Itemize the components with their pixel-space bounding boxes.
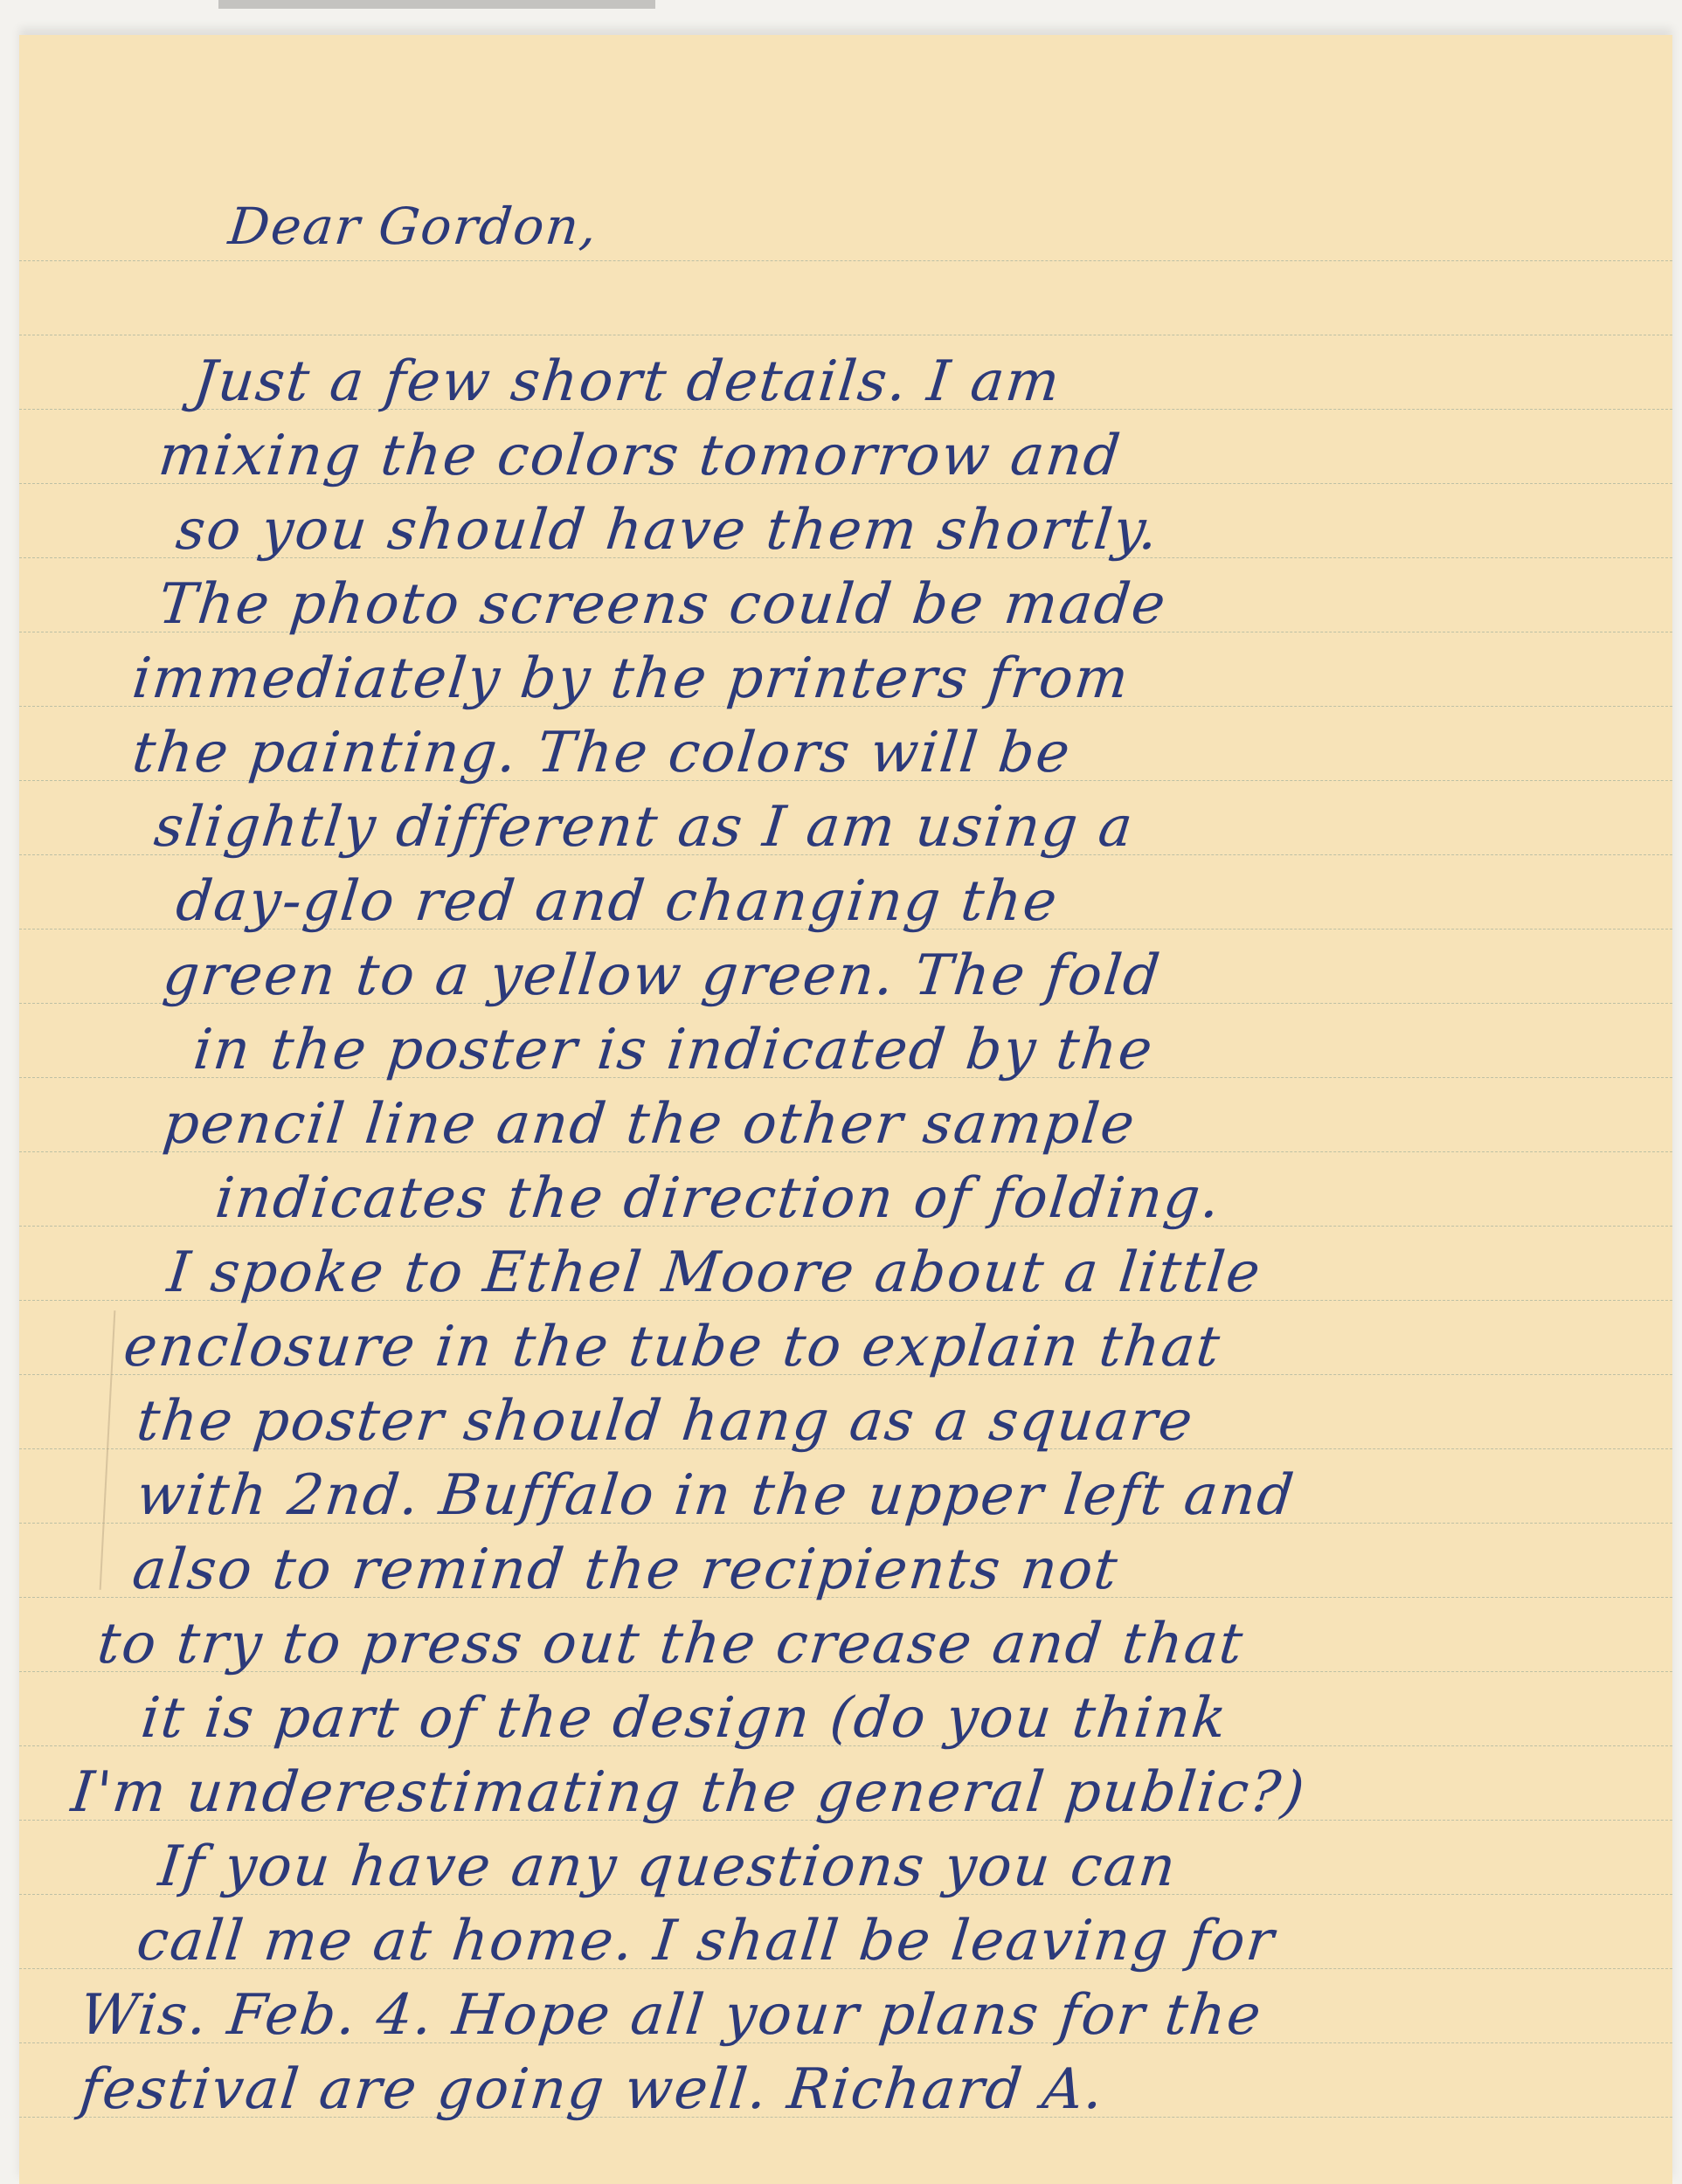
letter-line: with 2nd. Buffalo in the upper left and bbox=[134, 1463, 1298, 1528]
pencil-margin-mark bbox=[100, 1310, 116, 1590]
letter-line: pencil line and the other sample bbox=[160, 1092, 1139, 1157]
letter-line: mixing the colors tomorrow and bbox=[156, 424, 1125, 488]
letter-line: call me at home. I shall be leaving for bbox=[134, 1909, 1278, 1973]
letter-line-signature: festival are going well. Richard A. bbox=[77, 2057, 1108, 2122]
letter-line: the poster should hang as a square bbox=[134, 1389, 1197, 1454]
letter-line: in the poster is indicated by the bbox=[190, 1018, 1157, 1082]
letter-line: it is part of the design (do you think bbox=[138, 1686, 1231, 1751]
letter-line: so you should have them shortly. bbox=[173, 498, 1162, 563]
letter-line: to try to press out the crease and that bbox=[94, 1612, 1247, 1676]
letter-line: immediately by the printers from bbox=[129, 646, 1132, 711]
rule-line bbox=[19, 260, 1672, 261]
letter-sheet: Dear Gordon, Just a few short details. I… bbox=[19, 35, 1672, 2184]
letter-line: green to a yellow green. The fold bbox=[160, 943, 1164, 1008]
letter-line: the painting. The colors will be bbox=[129, 721, 1074, 785]
letter-line: day-glo red and changing the bbox=[173, 869, 1062, 934]
rule-line bbox=[19, 335, 1672, 335]
letter-line: also to remind the recipients not bbox=[129, 1538, 1122, 1602]
scan-edge-strip bbox=[218, 0, 655, 9]
letter-line: I spoke to Ethel Moore about a little bbox=[164, 1241, 1264, 1305]
letter-line: If you have any questions you can bbox=[156, 1835, 1180, 1899]
letter-line: I'm underestimating the general public?) bbox=[68, 1760, 1309, 1825]
letter-line: Wis. Feb. 4. Hope all your plans for the bbox=[77, 1983, 1265, 2048]
letter-line: slightly different as I am using a bbox=[151, 795, 1137, 860]
salutation: Dear Gordon, bbox=[225, 197, 601, 256]
letter-line: Just a few short details. I am bbox=[190, 349, 1064, 414]
letter-line: indicates the direction of folding. bbox=[212, 1166, 1224, 1231]
letter-line: enclosure in the tube to explain that bbox=[121, 1315, 1224, 1379]
letter-line: The photo screens could be made bbox=[156, 572, 1170, 637]
